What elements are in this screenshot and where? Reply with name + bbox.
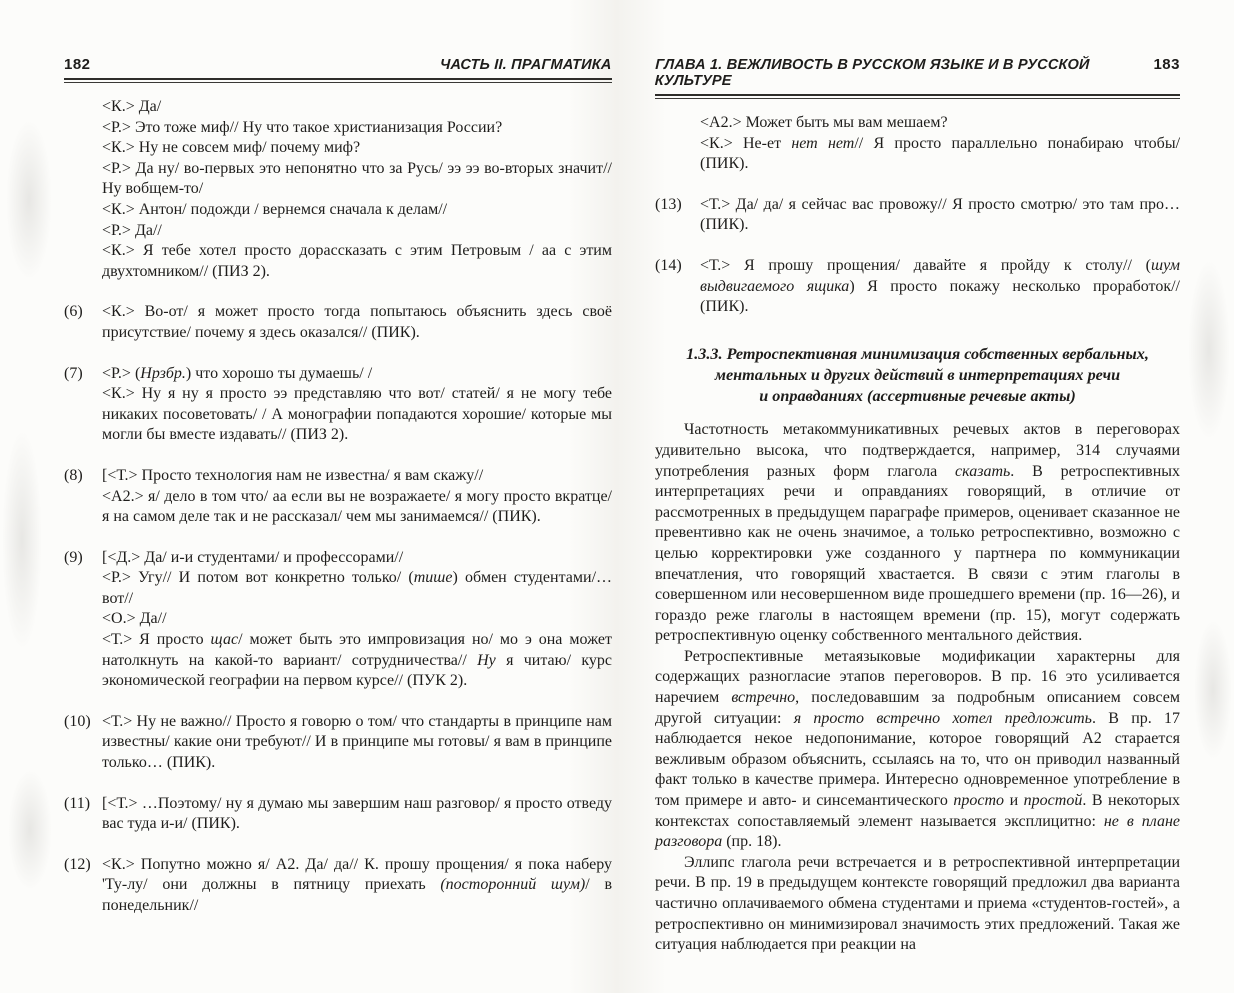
numbered-example: (11)[<Т.> …Поэтому/ ну я думаю мы заверш… — [64, 794, 612, 835]
numbered-example: (9)[<Д.> Да/ и-и студентами/ и профессор… — [64, 548, 612, 692]
example-number: (13) — [655, 195, 682, 216]
header-rule-right — [655, 94, 1180, 99]
utterance-line: <А2.> я/ дело в том что/ аа если вы не в… — [102, 487, 612, 528]
utterance-line: <К.> Антон/ подожди / вернемся сначала к… — [102, 200, 612, 221]
example-number: (6) — [64, 302, 83, 323]
utterance-line: <Р.> (Нрзбр.) что хорошо ты думаешь/ / — [102, 364, 612, 385]
body-paragraph: Ретроспективные метаязыковые модификации… — [655, 647, 1180, 853]
utterance-line: <К.> Ну не совсем миф/ почему миф? — [102, 138, 612, 159]
section-heading: 1.3.3. Ретроспективная минимизация собст… — [655, 344, 1180, 408]
utterance-line: <К.> Да/ — [102, 97, 612, 118]
running-head-left: ЧАСТЬ II. ПРАГМАТИКА — [440, 57, 612, 73]
page-number-right: 183 — [1153, 56, 1180, 73]
page-left: 182 ЧАСТЬ II. ПРАГМАТИКА <К.> Да/<Р.> Эт… — [0, 0, 617, 993]
header-rule-left — [64, 78, 612, 83]
example-number: (11) — [64, 794, 90, 815]
utterance-line: <Т.> Ну не важно// Просто я говорю о том… — [102, 712, 612, 774]
example-number: (8) — [64, 466, 83, 487]
utterance-line: <А2.> Может быть мы вам мешаем? — [700, 113, 1180, 134]
utterance-line: <К.> Ну я ну я просто ээ представляю что… — [102, 384, 612, 446]
dialogue-continuation-block: <К.> Да/<Р.> Это тоже миф// Ну что такое… — [102, 97, 612, 282]
numbered-example: (13)<Т.> Да/ да/ я сейчас вас провожу// … — [655, 195, 1180, 236]
examples-list-left: (6)<К.> Во-от/ я может просто тогда попы… — [64, 302, 612, 916]
page-right: ГЛАВА 1. ВЕЖЛИВОСТЬ В РУССКОМ ЯЗЫКЕ И В … — [617, 0, 1234, 993]
utterance-line: <Р.> Угу// И потом вот конкретно только/… — [102, 568, 612, 609]
numbered-example: (7)<Р.> (Нрзбр.) что хорошо ты думаешь/ … — [64, 364, 612, 446]
book-spread: 182 ЧАСТЬ II. ПРАГМАТИКА <К.> Да/<Р.> Эт… — [0, 0, 1234, 993]
utterance-line: <Р.> Да ну/ во-первых это непонятно что … — [102, 159, 612, 200]
utterance-line: <К.> Я тебе хотел просто дорассказать с … — [102, 241, 612, 282]
utterance-line: <К.> Попутно можно я/ А2. Да/ да// К. пр… — [102, 855, 612, 917]
page-header-right: ГЛАВА 1. ВЕЖЛИВОСТЬ В РУССКОМ ЯЗЫКЕ И В … — [655, 56, 1180, 89]
example-number: (12) — [64, 855, 91, 876]
numbered-example: (12)<К.> Попутно можно я/ А2. Да/ да// К… — [64, 855, 612, 917]
scan-smudge — [1194, 620, 1232, 760]
page-header-left: 182 ЧАСТЬ II. ПРАГМАТИКА — [64, 56, 612, 73]
utterance-line: [<Т.> Просто технология нам не известна/… — [102, 466, 612, 487]
utterance-line: <Р.> Да// — [102, 221, 612, 242]
utterance-line: <О.> Да// — [102, 609, 612, 630]
scan-smudge — [1188, 260, 1230, 440]
body-paragraph: Частотность метакоммуникативных речевых … — [655, 420, 1180, 647]
utterance-line: <Т.> Я прошу прощения/ давайте я пройду … — [700, 256, 1180, 318]
scan-smudge — [6, 120, 52, 280]
body-paragraph: Эллипс глагола речи встречается и в ретр… — [655, 853, 1180, 956]
example-number: (9) — [64, 548, 83, 569]
running-head-right: ГЛАВА 1. ВЕЖЛИВОСТЬ В РУССКОМ ЯЗЫКЕ И В … — [654, 57, 1154, 89]
page-number-left: 182 — [64, 56, 91, 73]
numbered-example: (8)[<Т.> Просто технология нам не извест… — [64, 466, 612, 528]
utterance-line: [<Д.> Да/ и-и студентами/ и профессорами… — [102, 548, 612, 569]
example-number: (7) — [64, 364, 83, 385]
example-number: (14) — [655, 256, 682, 277]
example-number: (10) — [64, 712, 91, 733]
utterance-line: <К.> Не-ет нет нет// Я просто параллельн… — [700, 134, 1180, 175]
scan-smudge — [2, 430, 42, 650]
numbered-example: (14)<Т.> Я прошу прощения/ давайте я про… — [655, 256, 1180, 318]
utterance-line: <Т.> Да/ да/ я сейчас вас провожу// Я пр… — [700, 195, 1180, 236]
utterance-line: <К.> Во-от/ я может просто тогда попытаю… — [102, 302, 612, 343]
utterance-line: [<Т.> …Поэтому/ ну я думаю мы завершим н… — [102, 794, 612, 835]
body-paragraphs: Частотность метакоммуникативных речевых … — [655, 420, 1180, 955]
numbered-example: (6)<К.> Во-от/ я может просто тогда попы… — [64, 302, 612, 343]
examples-list-right: (13)<Т.> Да/ да/ я сейчас вас провожу// … — [655, 195, 1180, 318]
numbered-example: (10)<Т.> Ну не важно// Просто я говорю о… — [64, 712, 612, 774]
dialogue-continuation-block-right: <А2.> Может быть мы вам мешаем?<К.> Не-е… — [700, 113, 1180, 175]
scan-smudge — [8, 770, 52, 890]
utterance-line: <Т.> Я просто щас/ может быть это импров… — [102, 630, 612, 692]
utterance-line: <Р.> Это тоже миф// Ну что такое христиа… — [102, 118, 612, 139]
